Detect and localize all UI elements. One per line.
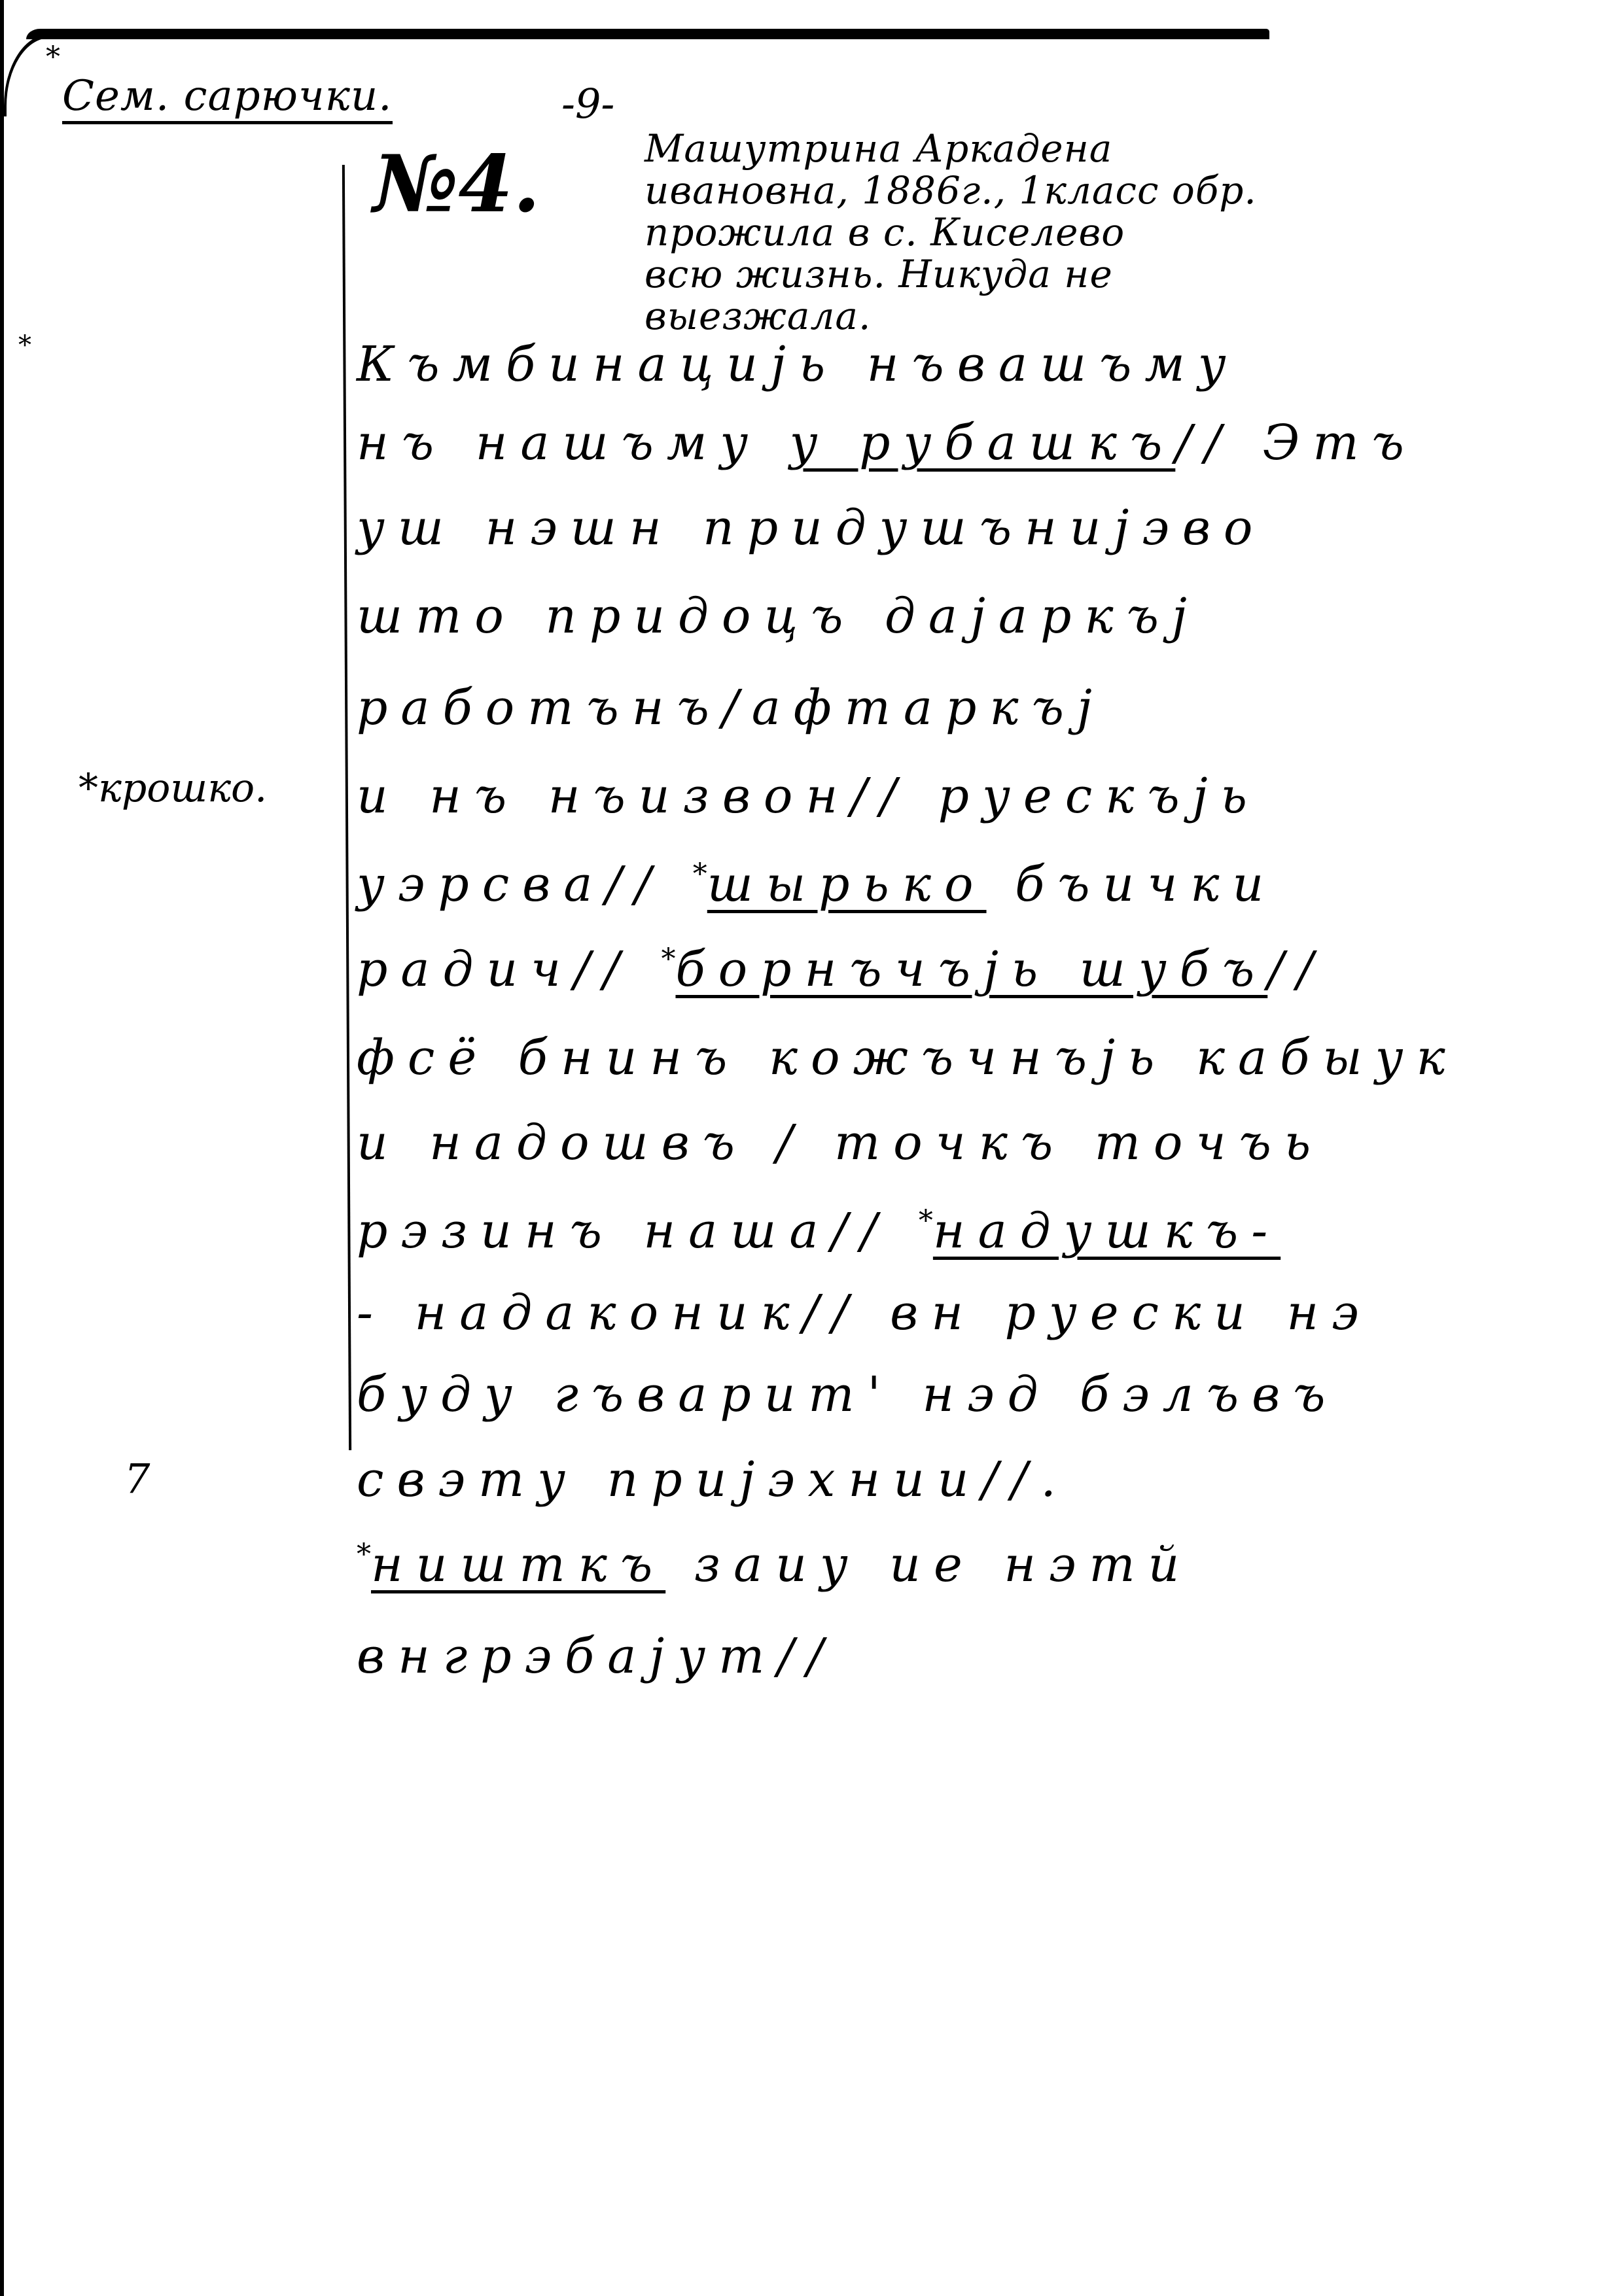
transcript-line: што придоцъ даjаркъj (357, 592, 1200, 640)
transcript-text: што придоцъ даjаркъj (357, 588, 1200, 644)
informant-line: ивановна, 1886г., 1класс обр. (645, 169, 1266, 211)
transcript-text: уэрсва// (357, 856, 693, 913)
transcript-line: радич// *борнъчъjь шубъ// (357, 945, 1326, 994)
transcript-line: работънъ/афтаркъj (357, 684, 1105, 732)
page-number: -9- (561, 84, 614, 124)
transcript-text: нъ нашъму (357, 415, 790, 471)
transcript-line: внгрэбаjут// (357, 1632, 836, 1680)
margin-note: *крошко. (79, 769, 267, 808)
underlined-word: борнъчъjь шубъ (675, 941, 1267, 998)
footnote-asterisk: * (919, 1204, 933, 1238)
transcript-line: уш нэшн придушъниjэво (357, 504, 1265, 552)
underlined-word: надушкъ- (933, 1203, 1280, 1259)
transcript-text: бъички (987, 856, 1277, 913)
transcript-line: буду гъварит' нэд бэлъвъ (357, 1370, 1338, 1419)
transcript-text: радич// (357, 941, 661, 998)
page-top-rule (26, 29, 1269, 39)
footnote-asterisk: * (661, 943, 675, 976)
margin-mark: 7 (124, 1459, 150, 1499)
transcript-text: свэту приjэхнии//. (357, 1452, 1069, 1508)
record-number: №4. (373, 145, 540, 224)
scan-left-edge (0, 0, 4, 2296)
transcript-text: фсё бнинъ кожъчнъjь кабыук (357, 1030, 1458, 1086)
transcript-text: - надаконик// вн руески нэ (357, 1285, 1372, 1341)
transcript-text: уш нэшн придушъниjэво (357, 500, 1265, 556)
margin-vertical-rule (342, 165, 351, 1450)
transcript-text: и надошвъ / точкъ точъь (357, 1115, 1324, 1171)
footnote-asterisk: * (357, 1538, 371, 1571)
transcript-text: Къмбинациjь нъвашъму (357, 336, 1239, 392)
informant-info: Машутрина Аркадена ивановна, 1886г., 1кл… (645, 128, 1266, 337)
transcript-line: Къмбинациjь нъвашъму (357, 340, 1239, 389)
underlined-word: у рубашкъ (790, 415, 1176, 471)
page-corner-rule (4, 34, 52, 116)
header-asterisk: * (46, 43, 60, 72)
transcript-text: работънъ/афтаркъj (357, 680, 1105, 736)
header-label: Сем. сарючки. (62, 75, 393, 124)
transcript-text: // (1267, 941, 1326, 998)
informant-line: выезжала. (645, 295, 1266, 337)
transcript-line: и надошвъ / точкъ точъь (357, 1119, 1324, 1167)
underlined-word: ништкъ (371, 1537, 665, 1593)
transcript-line: свэту приjэхнии//. (357, 1455, 1069, 1504)
transcript-line: рэзинъ наша// *надушкъ- (357, 1207, 1280, 1255)
transcript-line: - надаконик// вн руески нэ (357, 1289, 1372, 1337)
transcript-text: внгрэбаjут// (357, 1628, 836, 1684)
margin-asterisk: * (18, 332, 31, 358)
transcript-line: *ништкъ заиу ие нэтй (357, 1540, 1192, 1589)
transcript-line: фсё бнинъ кожъчнъjь кабыук (357, 1034, 1458, 1082)
transcript-line: нъ нашъму у рубашкъ// Этъ (357, 419, 1417, 467)
transcript-text: заиу ие нэтй (665, 1537, 1192, 1593)
transcript-text: рэзинъ наша// (357, 1203, 919, 1259)
informant-line: всю жизнь. Никуда не (645, 253, 1266, 295)
transcript-text: буду гъварит' нэд бэлъвъ (357, 1366, 1338, 1423)
transcript-line: уэрсва// *шырько бъички (357, 860, 1277, 909)
informant-line: прожила в с. Киселево (645, 211, 1266, 253)
transcript-text: // Этъ (1175, 415, 1417, 471)
transcript-line: и нъ нъизвон// руескъjь (357, 772, 1260, 820)
underlined-word: шырько (707, 856, 987, 913)
informant-line: Машутрина Аркадена (645, 128, 1266, 169)
footnote-asterisk: * (693, 858, 707, 891)
transcript-text: и нъ нъизвон// руескъjь (357, 768, 1260, 824)
